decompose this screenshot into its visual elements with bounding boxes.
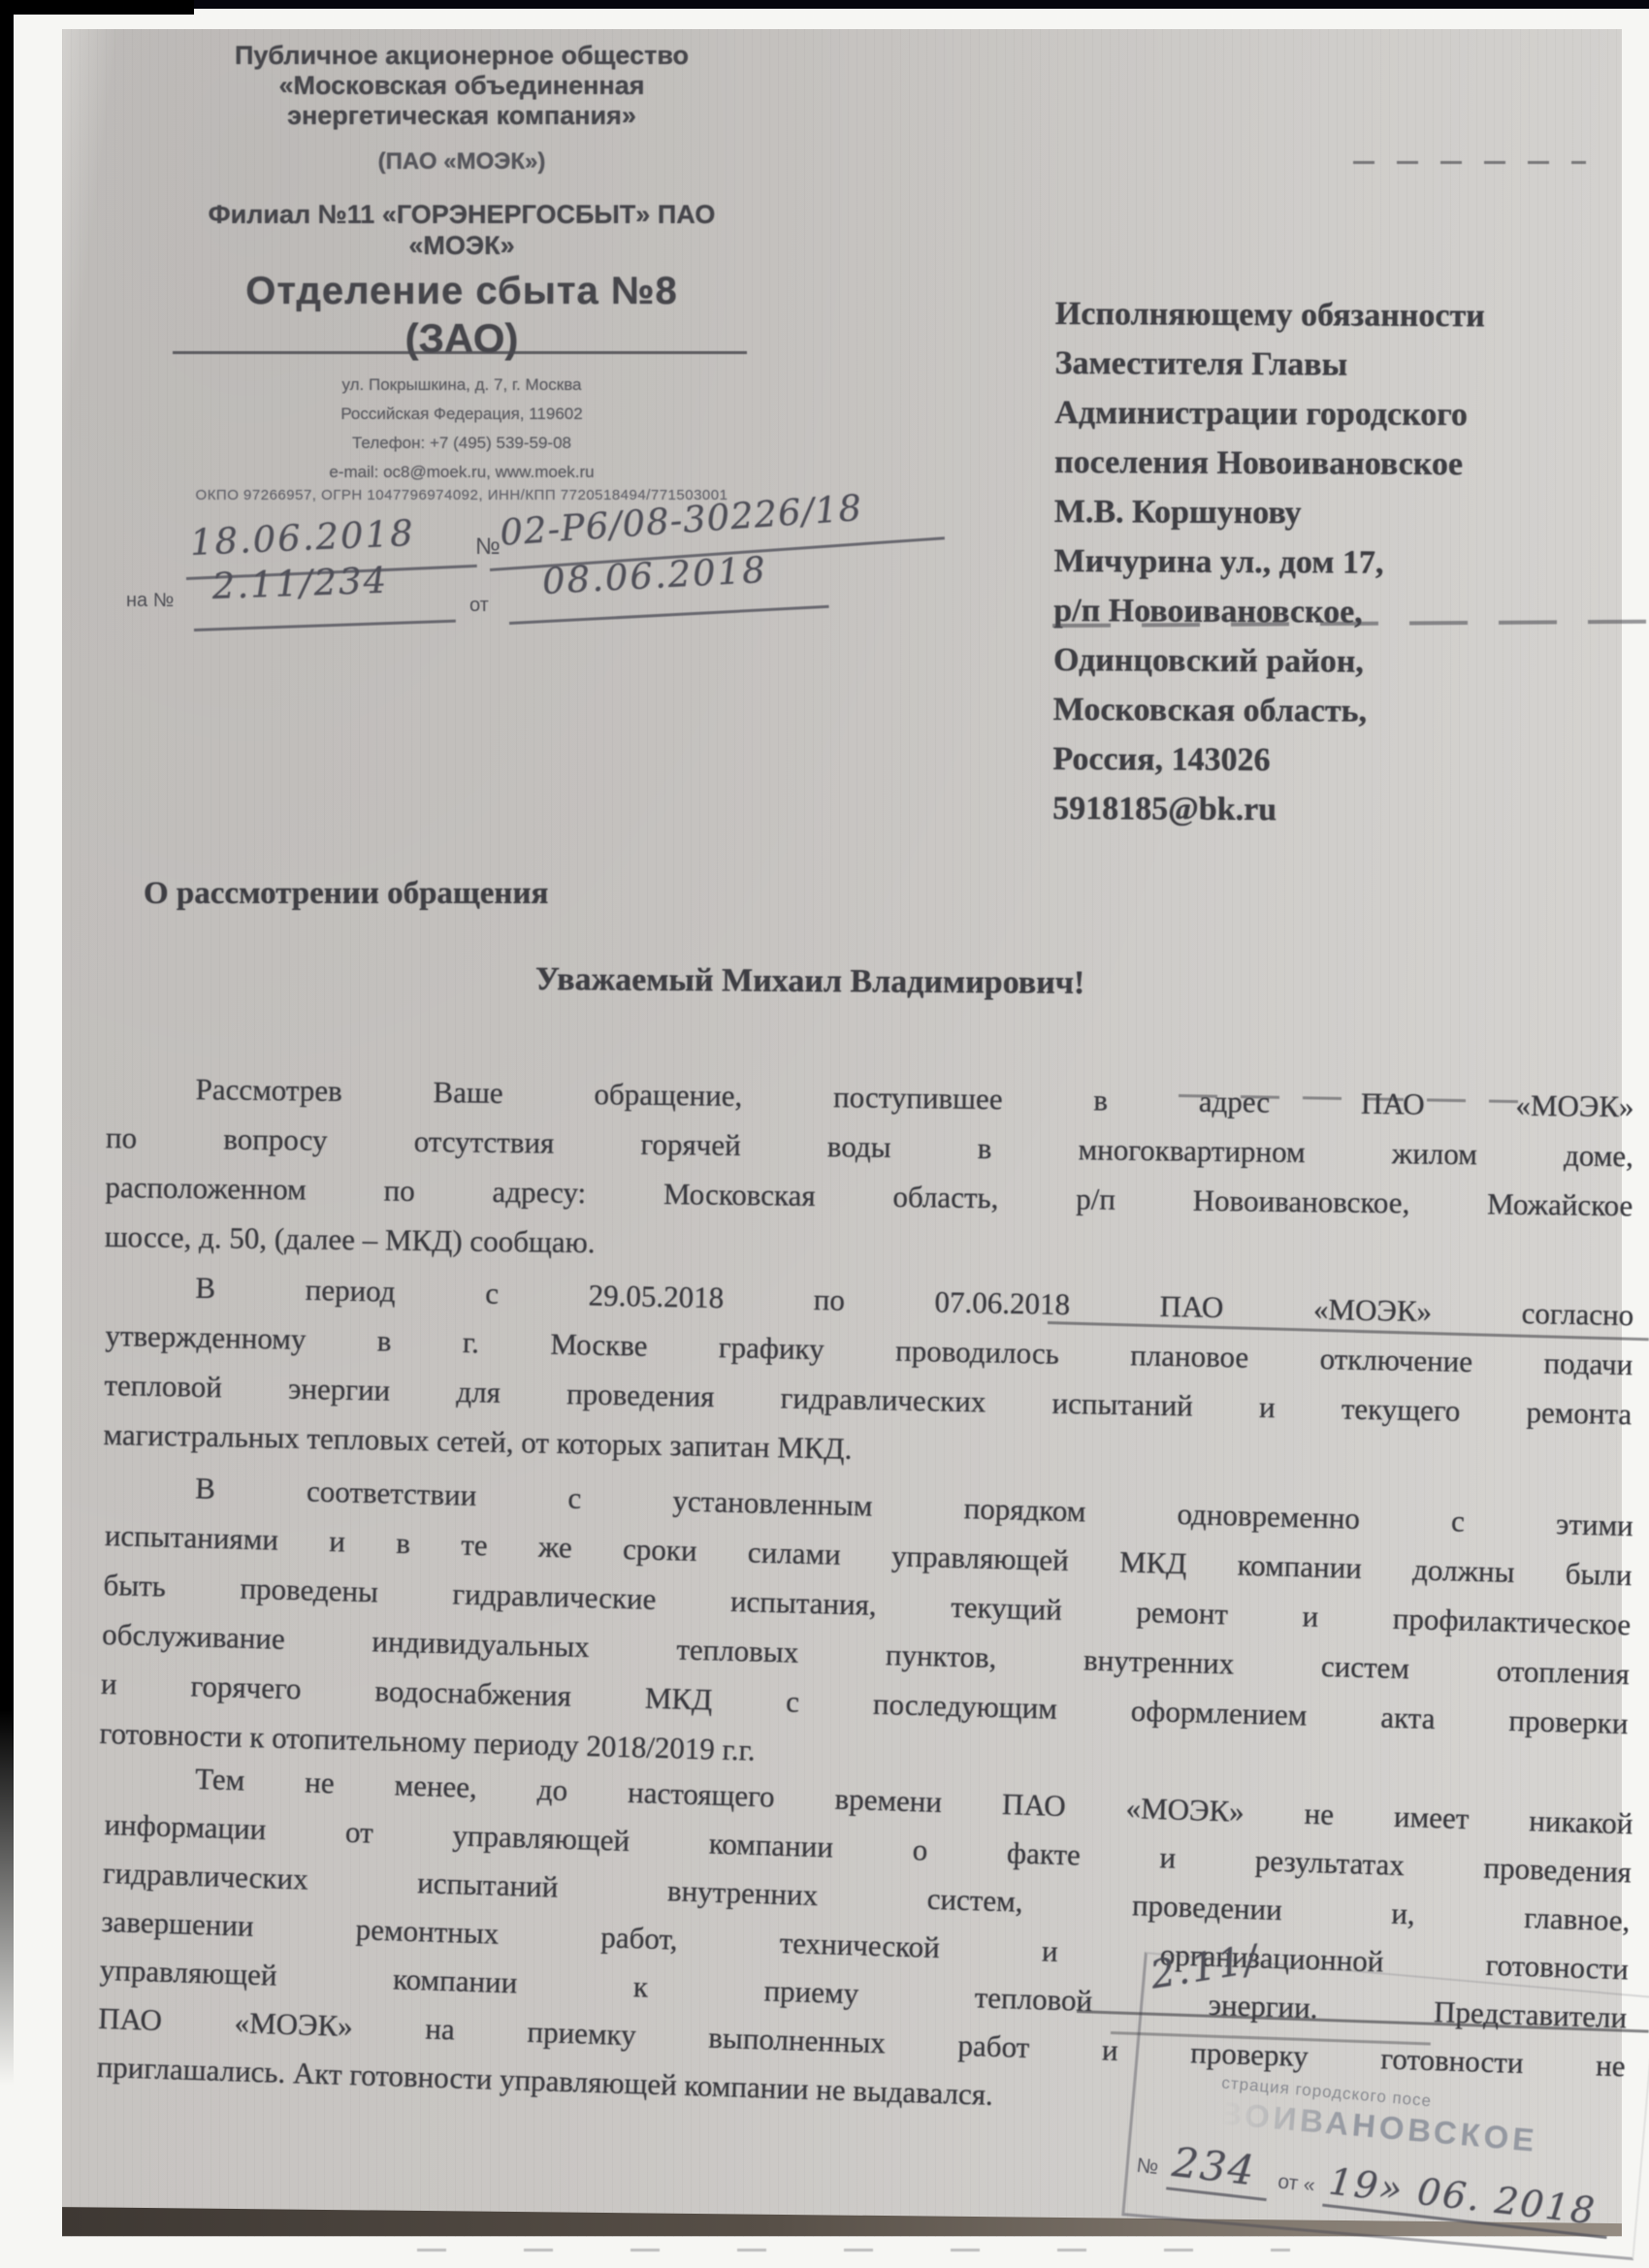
addressee-line: р/п Новоивановское, [1053, 586, 1645, 638]
addressee-name: М.В. Коршунову [1054, 487, 1646, 539]
addressee-line: Московская область, [1053, 685, 1645, 737]
stamp-registration-row: № 234 от « 19» 06. 2018 [1134, 2134, 1612, 2240]
org-name-line2: «Московская объединенная [165, 71, 759, 101]
addressee-line: Исполняющему обязанности [1055, 289, 1647, 341]
stamp-from-label: от « [1277, 2170, 1316, 2197]
scan-edge-top-left [0, 0, 194, 15]
number-sign: № [475, 534, 501, 561]
scan-edge-top [0, 0, 1649, 9]
salutation: Уважаемый Михаил Владимирович! [535, 961, 1085, 1002]
reference-from-label: от [469, 595, 489, 617]
addressee-line: поселения Новоивановское [1054, 437, 1646, 490]
letterhead-divider [173, 351, 747, 354]
paragraph-2: В период с 29.05.2018 по 07.06.2018 ПАО … [103, 1261, 1634, 1488]
stamp-handwritten-date: 19» 06. 2018 [1322, 2159, 1612, 2239]
addressee-line: Заместителя Главы [1054, 339, 1646, 391]
addressee-email: 5918185@bk.ru [1052, 784, 1644, 836]
address-street: ул. Покрышкина, д. 7, г. Москва [165, 371, 759, 400]
addressee-line: Россия, 143026 [1052, 734, 1644, 787]
address-email: e-mail: oc8@moek.ru, www.moek.ru [165, 458, 759, 487]
department-name: Отделение сбыта №8 [165, 269, 759, 313]
addressee-line: Мичурина ул., дом 17, [1053, 536, 1645, 589]
address-phone: Телефон: +7 (495) 539-59-08 [165, 429, 759, 458]
reference-label: на № [126, 590, 174, 612]
paragraph-3: В соответствии с установленным порядком … [99, 1461, 1633, 1798]
incoming-stamp: 2.11/ страция городского посе НОВОИВАНОВ… [1121, 1952, 1649, 2260]
branch-name: Филиал №11 «ГОРЭНЕРГОСБЫТ» ПАО «МОЭК» [165, 199, 759, 261]
org-name-line1: Публичное акционерное общество [165, 41, 759, 71]
handwritten-reference-number: 2.11/234 [211, 560, 389, 607]
scan-streak [1353, 161, 1586, 164]
scan-streak [417, 2249, 1290, 2252]
addressee-line: Одинцовский район, [1053, 635, 1645, 688]
handwritten-reference-date: 08.06.2018 [541, 549, 768, 602]
handwritten-outgoing-date: 18.06.2018 [189, 512, 416, 564]
reference-number-underline [194, 620, 456, 632]
addressee-line: Администрации городского [1054, 388, 1646, 440]
org-abbreviation: (ПАО «МОЭК») [165, 148, 759, 176]
letterhead-address: ул. Покрышкина, д. 7, г. Москва Российск… [165, 371, 759, 487]
reference-date-underline [509, 605, 829, 625]
paragraph-1: Рассмотрев Ваше обращение, поступившее в… [105, 1063, 1634, 1280]
stamp-handwritten-number: 234 [1166, 2138, 1273, 2201]
scan-edge-left [0, 0, 14, 2086]
org-name-line3: энергетическая компания» [165, 101, 759, 131]
subject-line: О рассмотрении обращения [144, 876, 548, 912]
addressee-block: Исполняющему обязанности Заместителя Гла… [1052, 289, 1647, 836]
scanned-letter-page: Публичное акционерное общество «Московск… [0, 0, 1649, 2268]
letterhead: Публичное акционерное общество «Московск… [165, 41, 759, 360]
address-country: Российская Федерация, 119602 [165, 400, 759, 429]
stamp-number-sign: № [1135, 2155, 1159, 2180]
